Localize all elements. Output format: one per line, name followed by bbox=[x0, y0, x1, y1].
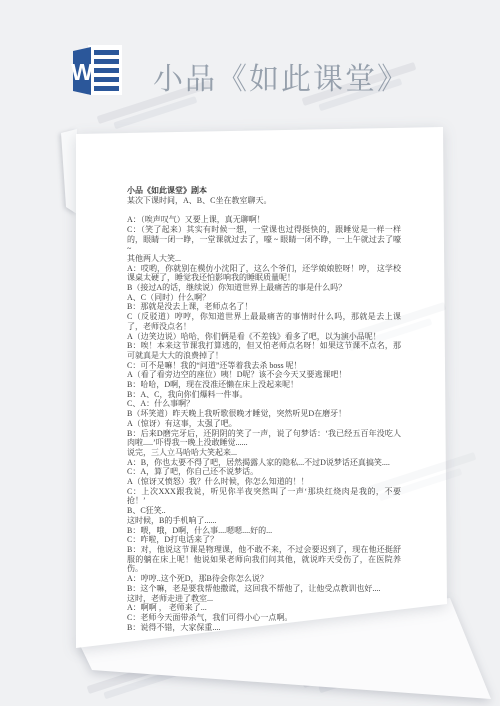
script-line: A、C（同时）什么啊？ bbox=[127, 293, 401, 303]
script-line: A（边笑边说）哈哈，你们俩是看《不差钱》看多了吧，以为演小品呢！ bbox=[127, 332, 401, 342]
script-line: B：后来D磨完牙后，还阴阴的笑了一声，说了句梦话：‘我已经五百年没吃人肉啦...… bbox=[127, 429, 401, 448]
script-line: A：啊啊 ， 老师来了... bbox=[127, 603, 401, 613]
script-line: 这时，老师走进了教室... bbox=[127, 594, 401, 604]
script-heading: 小品《如此课堂》剧本 bbox=[127, 186, 401, 196]
script-line: B：A、C，我向你们爆料一件事。 bbox=[127, 390, 401, 400]
script-line: A：B，你也太要不得了吧，居然揭露人家的隐私...不过D说梦话还真搞笑.... bbox=[127, 458, 401, 468]
script-body: 某次下课时间，A、B、C坐在教室聊天。A：（唉声叹气）又要上课，真无聊啊！C：（… bbox=[127, 196, 401, 633]
script-line: C：上次XXX跟我说，听见你半夜突然叫了一声‘那块红烧肉是我的，不要抢！’ bbox=[127, 487, 401, 506]
script-line: 说完，三人立马哈哈大笑起来... bbox=[127, 448, 401, 458]
script-line: 这时候，B的手机响了...... bbox=[127, 516, 401, 526]
script-line bbox=[127, 205, 401, 215]
script-line: C、A：什么事啊？ bbox=[127, 399, 401, 409]
watermark bbox=[302, 644, 417, 688]
script-line: C：可不是嘛！我的“问道”还等着我去杀 boss 呢！ bbox=[127, 361, 401, 371]
script-line: 其他两人大笑... bbox=[127, 254, 401, 264]
script-line: B：这个嘛，老是要我帮他撒谎，这回我不帮他了，让他受点教训也好.... bbox=[127, 584, 401, 594]
script-line: A（惊讶又愤怒）我？什么时候，你怎么知道的！！ bbox=[127, 477, 401, 487]
script-line: B：哈哈，D啊，现在没准还懒在床上没起来呢！ bbox=[127, 380, 401, 390]
svg-text:W: W bbox=[71, 59, 93, 85]
script-line: C：（笑了起来）其实有时候一想，一堂课也过得挺快的，跟睡觉是一样一样的，眼睛一闭… bbox=[127, 225, 401, 254]
script-line: A：（唉声叹气）又要上课，真无聊啊！ bbox=[127, 215, 401, 225]
script-line: A（看了看旁边空的座位）咦！D呢？该不会今天又要逃课吧！ bbox=[127, 370, 401, 380]
script-line: 某次下课时间，A、B、C坐在教室聊天。 bbox=[127, 196, 401, 206]
script-line: B：说得不错，大家保重.... bbox=[127, 623, 401, 633]
script-line: C：A，算了吧，你自己还不说梦话。 bbox=[127, 467, 401, 477]
script-line: B：对，他说这节课是物理课，他不敢不来，不过会要迟到了，现在他还挺舒服的躺在床上… bbox=[127, 545, 401, 574]
script-line: B（接过A的话，继续说）你知道世界上最痛苦的事是什么吗？ bbox=[127, 283, 401, 293]
script-line: A（惊讶）有这事，太强了吧。 bbox=[127, 419, 401, 429]
script-line: A：哼哼..这个死D，那B待会你怎么说？ bbox=[127, 574, 401, 584]
script-line: B：喂，哦，D啊，什么事....嗯嗯....好的... bbox=[127, 526, 401, 536]
document-preview-page: { "header": { "title": "小品《如此课堂》", "icon… bbox=[0, 0, 500, 706]
word-icon: W bbox=[70, 42, 126, 100]
script-line: B：唉！本来这节课我打算逃的，但又怕老师点名呀！如果这节课不点名，那可就真是大大… bbox=[127, 341, 401, 360]
script-line: C：老师今天面带杀气，我们可得小心一点啊。 bbox=[127, 613, 401, 623]
script-line: C：咋啦，D打电话来了？ bbox=[127, 535, 401, 545]
watermark bbox=[87, 650, 202, 694]
script-line: B、C狂笑.. bbox=[127, 506, 401, 516]
script-line: C（反驳道）哼哼，你知道世界上最最痛苦的事情时什么吗，那就是去上课了，老师没点名… bbox=[127, 312, 401, 331]
header: W 小品《如此课堂》 bbox=[0, 0, 500, 120]
script-line: B：那就是没去上课，老师点名了！ bbox=[127, 302, 401, 312]
script-document: 小品《如此课堂》剧本 某次下课时间，A、B、C坐在教室聊天。A：（唉声叹气）又要… bbox=[127, 186, 401, 632]
script-line: A：哎哟，你就别在模仿小沈阳了，这么个爷们，还学娘娘腔呀！哼， 这学校课桌太硬了… bbox=[127, 264, 401, 283]
script-line: B（坏笑道）昨天晚上我听歌很晚才睡觉，突然听见D在磨牙！ bbox=[127, 409, 401, 419]
